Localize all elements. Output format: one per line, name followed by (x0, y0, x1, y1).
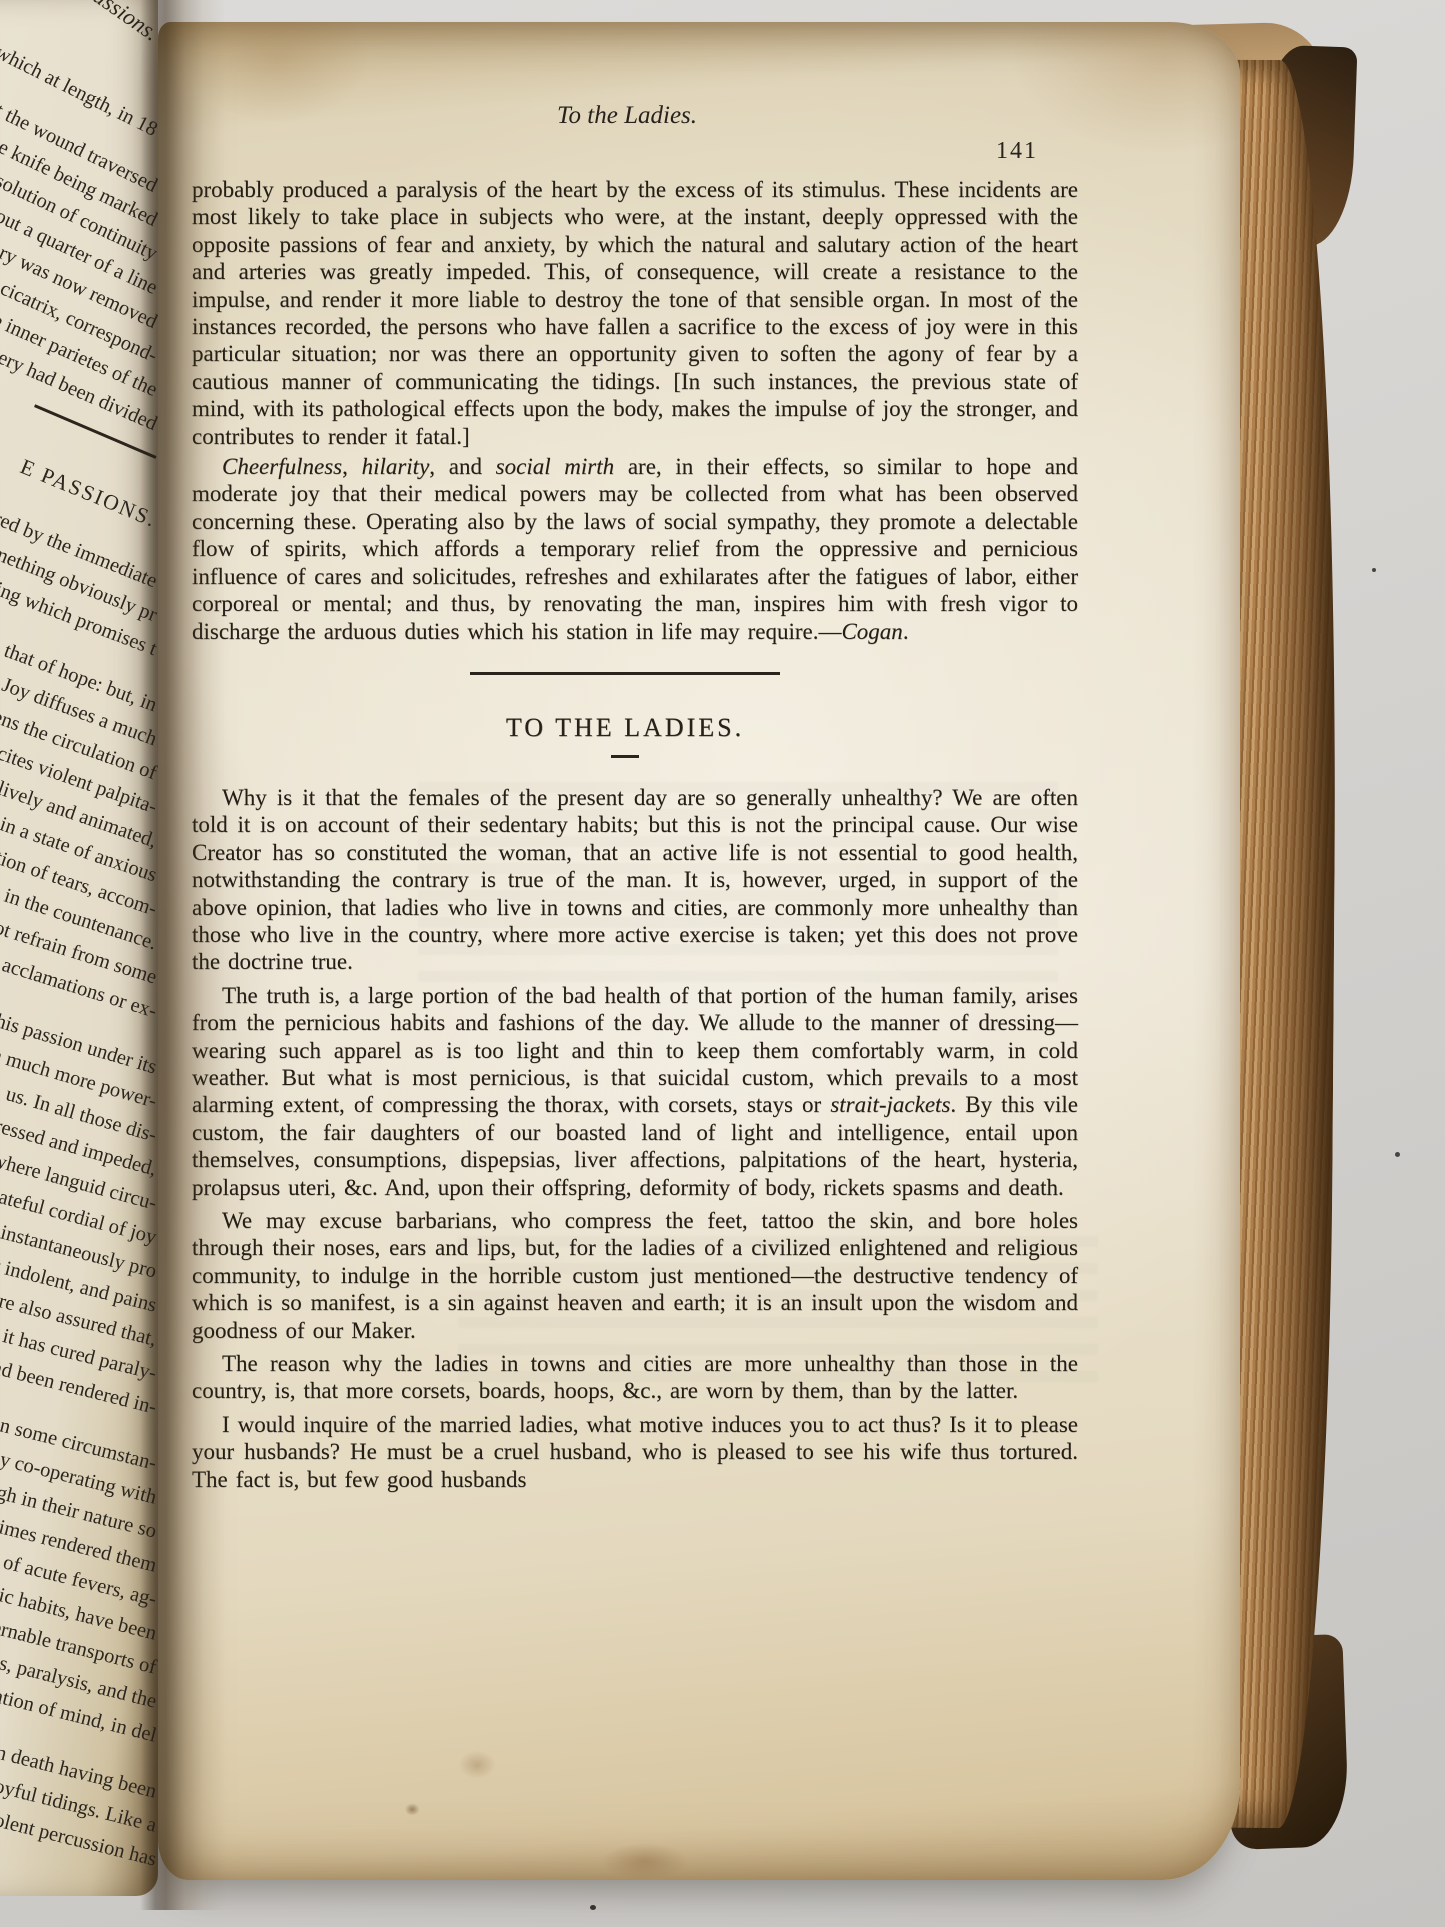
body-text-section: Why is it that the females of the presen… (192, 784, 1078, 1493)
paragraph: We may excuse barbarians, who compress t… (192, 1207, 1078, 1344)
running-header: To the Ladies. (184, 102, 1070, 130)
page-content: To the Ladies. 141 probably produced a p… (158, 22, 1240, 1880)
right-page: To the Ladies. 141 probably produced a p… (158, 22, 1240, 1880)
body-text-top: probably produced a paralysis of the hea… (192, 176, 1078, 645)
paragraph: The reason why the ladies in towns and c… (192, 1350, 1078, 1405)
book-photo: { "colors":{"background":"#d6d4d1","pape… (0, 0, 1445, 1927)
dust-speck (1372, 568, 1376, 572)
section-heading: TO THE LADIES. (182, 713, 1068, 743)
paragraph: I would inquire of the married ladies, w… (192, 1411, 1078, 1493)
dust-speck (1395, 1152, 1400, 1157)
heading-dash (611, 755, 639, 758)
section-divider-rule (470, 672, 780, 675)
paragraph: Cheerfulness, hilarity, and social mirth… (192, 453, 1078, 645)
dust-speck (590, 1905, 596, 1910)
paragraph: Why is it that the females of the presen… (192, 784, 1078, 976)
page-number: 141 (996, 138, 1038, 165)
left-page-text: Passions.which at length, in 18at the wo… (0, 14, 156, 1877)
paragraph: probably produced a paralysis of the hea… (192, 176, 1078, 450)
paragraph: The truth is, a large portion of the bad… (192, 982, 1078, 1201)
left-page: Passions.which at length, in 18at the wo… (0, 0, 158, 1896)
